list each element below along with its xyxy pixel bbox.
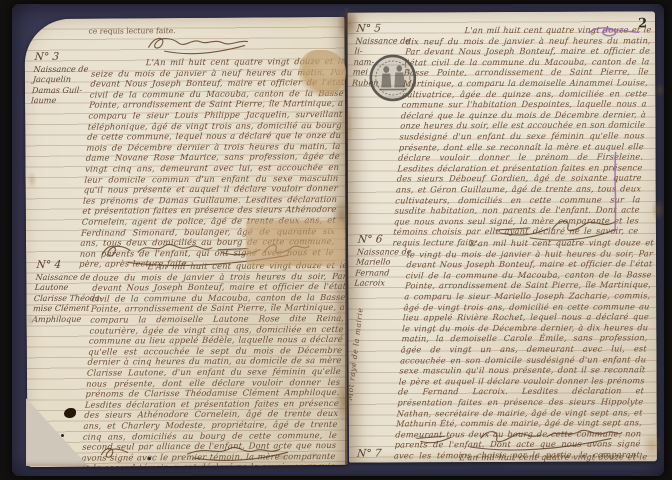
left-page: ce requis lecture faite. N° 3 Naissance … xyxy=(24,17,347,467)
entry-number: N° 7 xyxy=(357,448,408,459)
purple-check-flourish-icon xyxy=(585,24,641,39)
margin-line: Naissance de xyxy=(357,246,414,257)
entry-4-body: L'An mil huit cent quatre vingt douze et… xyxy=(80,260,348,467)
vertical-margin-annotation: Mot rayé de la mairie xyxy=(347,304,365,400)
archival-register-scan: ce requis lecture faite. N° 3 Naissance … xyxy=(0,0,672,480)
margin-line: Lacroix xyxy=(354,278,411,289)
entry-number: N° 6 xyxy=(357,234,414,245)
entry-7-margin: N° 7 xyxy=(356,448,407,460)
mayor-signature-flourish-icon xyxy=(143,32,253,57)
entry-4-signatures-icon xyxy=(97,441,297,464)
entry-6: N° 6 Naissance de Mariello Fernand Lacro… xyxy=(347,11,655,12)
margin-line: Fernand xyxy=(355,267,412,278)
purple-margin-line-icon xyxy=(608,149,622,233)
entry-7-first-line: L'an mil huit cent quatre vingt douze et… xyxy=(400,451,647,462)
margin-line: Mariello xyxy=(356,257,413,268)
entry-7: N° 7 L'an mil huit cent quatre vingt dou… xyxy=(347,11,655,12)
entry-5: N° 5 Naissance de li- nam- mei Ruben L'a… xyxy=(347,11,655,12)
right-page: 2 N° 5 Naissance de li- nam- mei Ruben L… xyxy=(347,11,657,462)
